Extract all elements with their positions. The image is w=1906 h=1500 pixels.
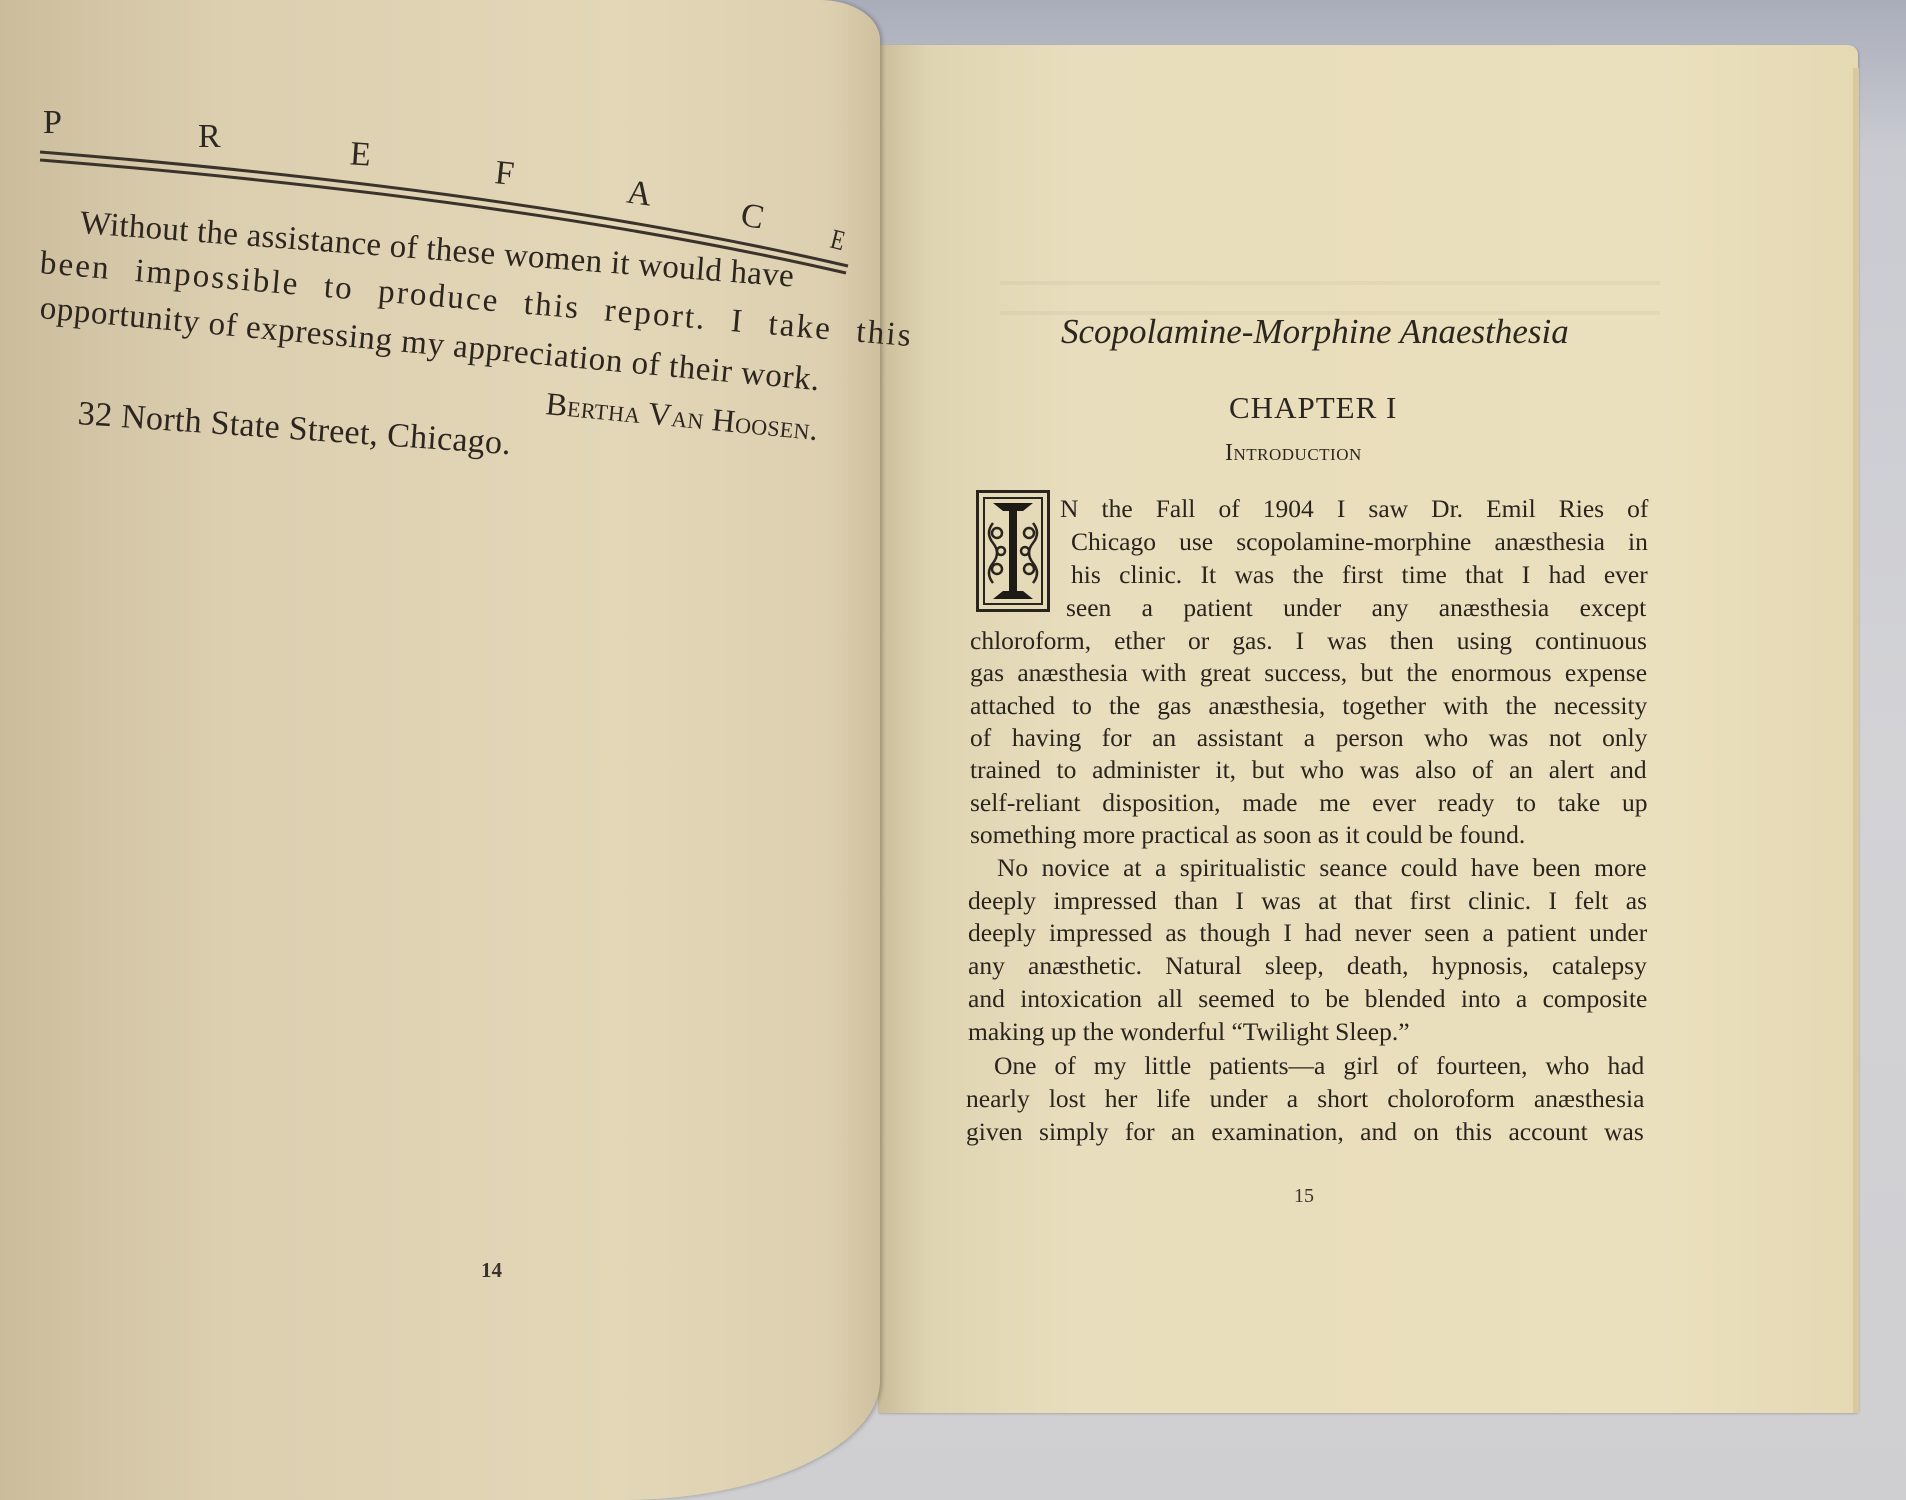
running-title: Scopolamine-Morphine Anaesthesia	[1061, 312, 1569, 352]
ornamental-drop-cap: I	[976, 490, 1050, 612]
body-line: his clinic. It was the first time that I…	[1071, 560, 1648, 590]
section-heading: Introduction	[1225, 440, 1362, 467]
body-line: self-reliant disposition, made me ever r…	[970, 788, 1647, 818]
body-line: nearly lost her life under a short cholo…	[966, 1084, 1644, 1114]
body-line: of having for an assistant a person who …	[970, 723, 1647, 753]
body-line: something more practical as soon as it c…	[970, 820, 1647, 850]
page-edge	[1853, 68, 1859, 1413]
drop-cap-ornament-icon	[979, 493, 1047, 609]
body-line: seen a patient under any anæsthesia exce…	[1066, 593, 1646, 623]
page-number: 14	[481, 1258, 502, 1283]
page-number: 15	[1294, 1185, 1314, 1208]
body-line: and intoxication all seemed to be blende…	[968, 984, 1647, 1014]
body-line: One of my little patients—a girl of four…	[994, 1051, 1644, 1081]
body-line: deeply impressed as though I had never s…	[968, 918, 1647, 948]
body-line: Chicago use scopolamine-morphine anæsthe…	[1071, 527, 1648, 557]
body-line: making up the wonderful “Twilight Sleep.…	[968, 1017, 1647, 1047]
body-line: chloroform, ether or gas. I was then usi…	[970, 626, 1647, 656]
chapter-heading: CHAPTER I	[1229, 390, 1397, 426]
body-line: gas anæsthesia with great success, but t…	[970, 658, 1647, 688]
body-line: trained to administer it, but who was al…	[970, 755, 1647, 785]
body-line: No novice at a spiritualistic seance cou…	[997, 853, 1647, 883]
body-line: N the Fall of 1904 I saw Dr. Emil Ries o…	[1060, 494, 1648, 524]
show-through-text	[1000, 255, 1660, 315]
body-line: given simply for an examination, and on …	[966, 1117, 1644, 1147]
body-line: attached to the gas anæsthesia, together…	[970, 691, 1647, 721]
body-line: deeply impressed than I was at that firs…	[968, 886, 1647, 916]
body-line: any anæsthetic. Natural sleep, death, hy…	[968, 951, 1647, 981]
